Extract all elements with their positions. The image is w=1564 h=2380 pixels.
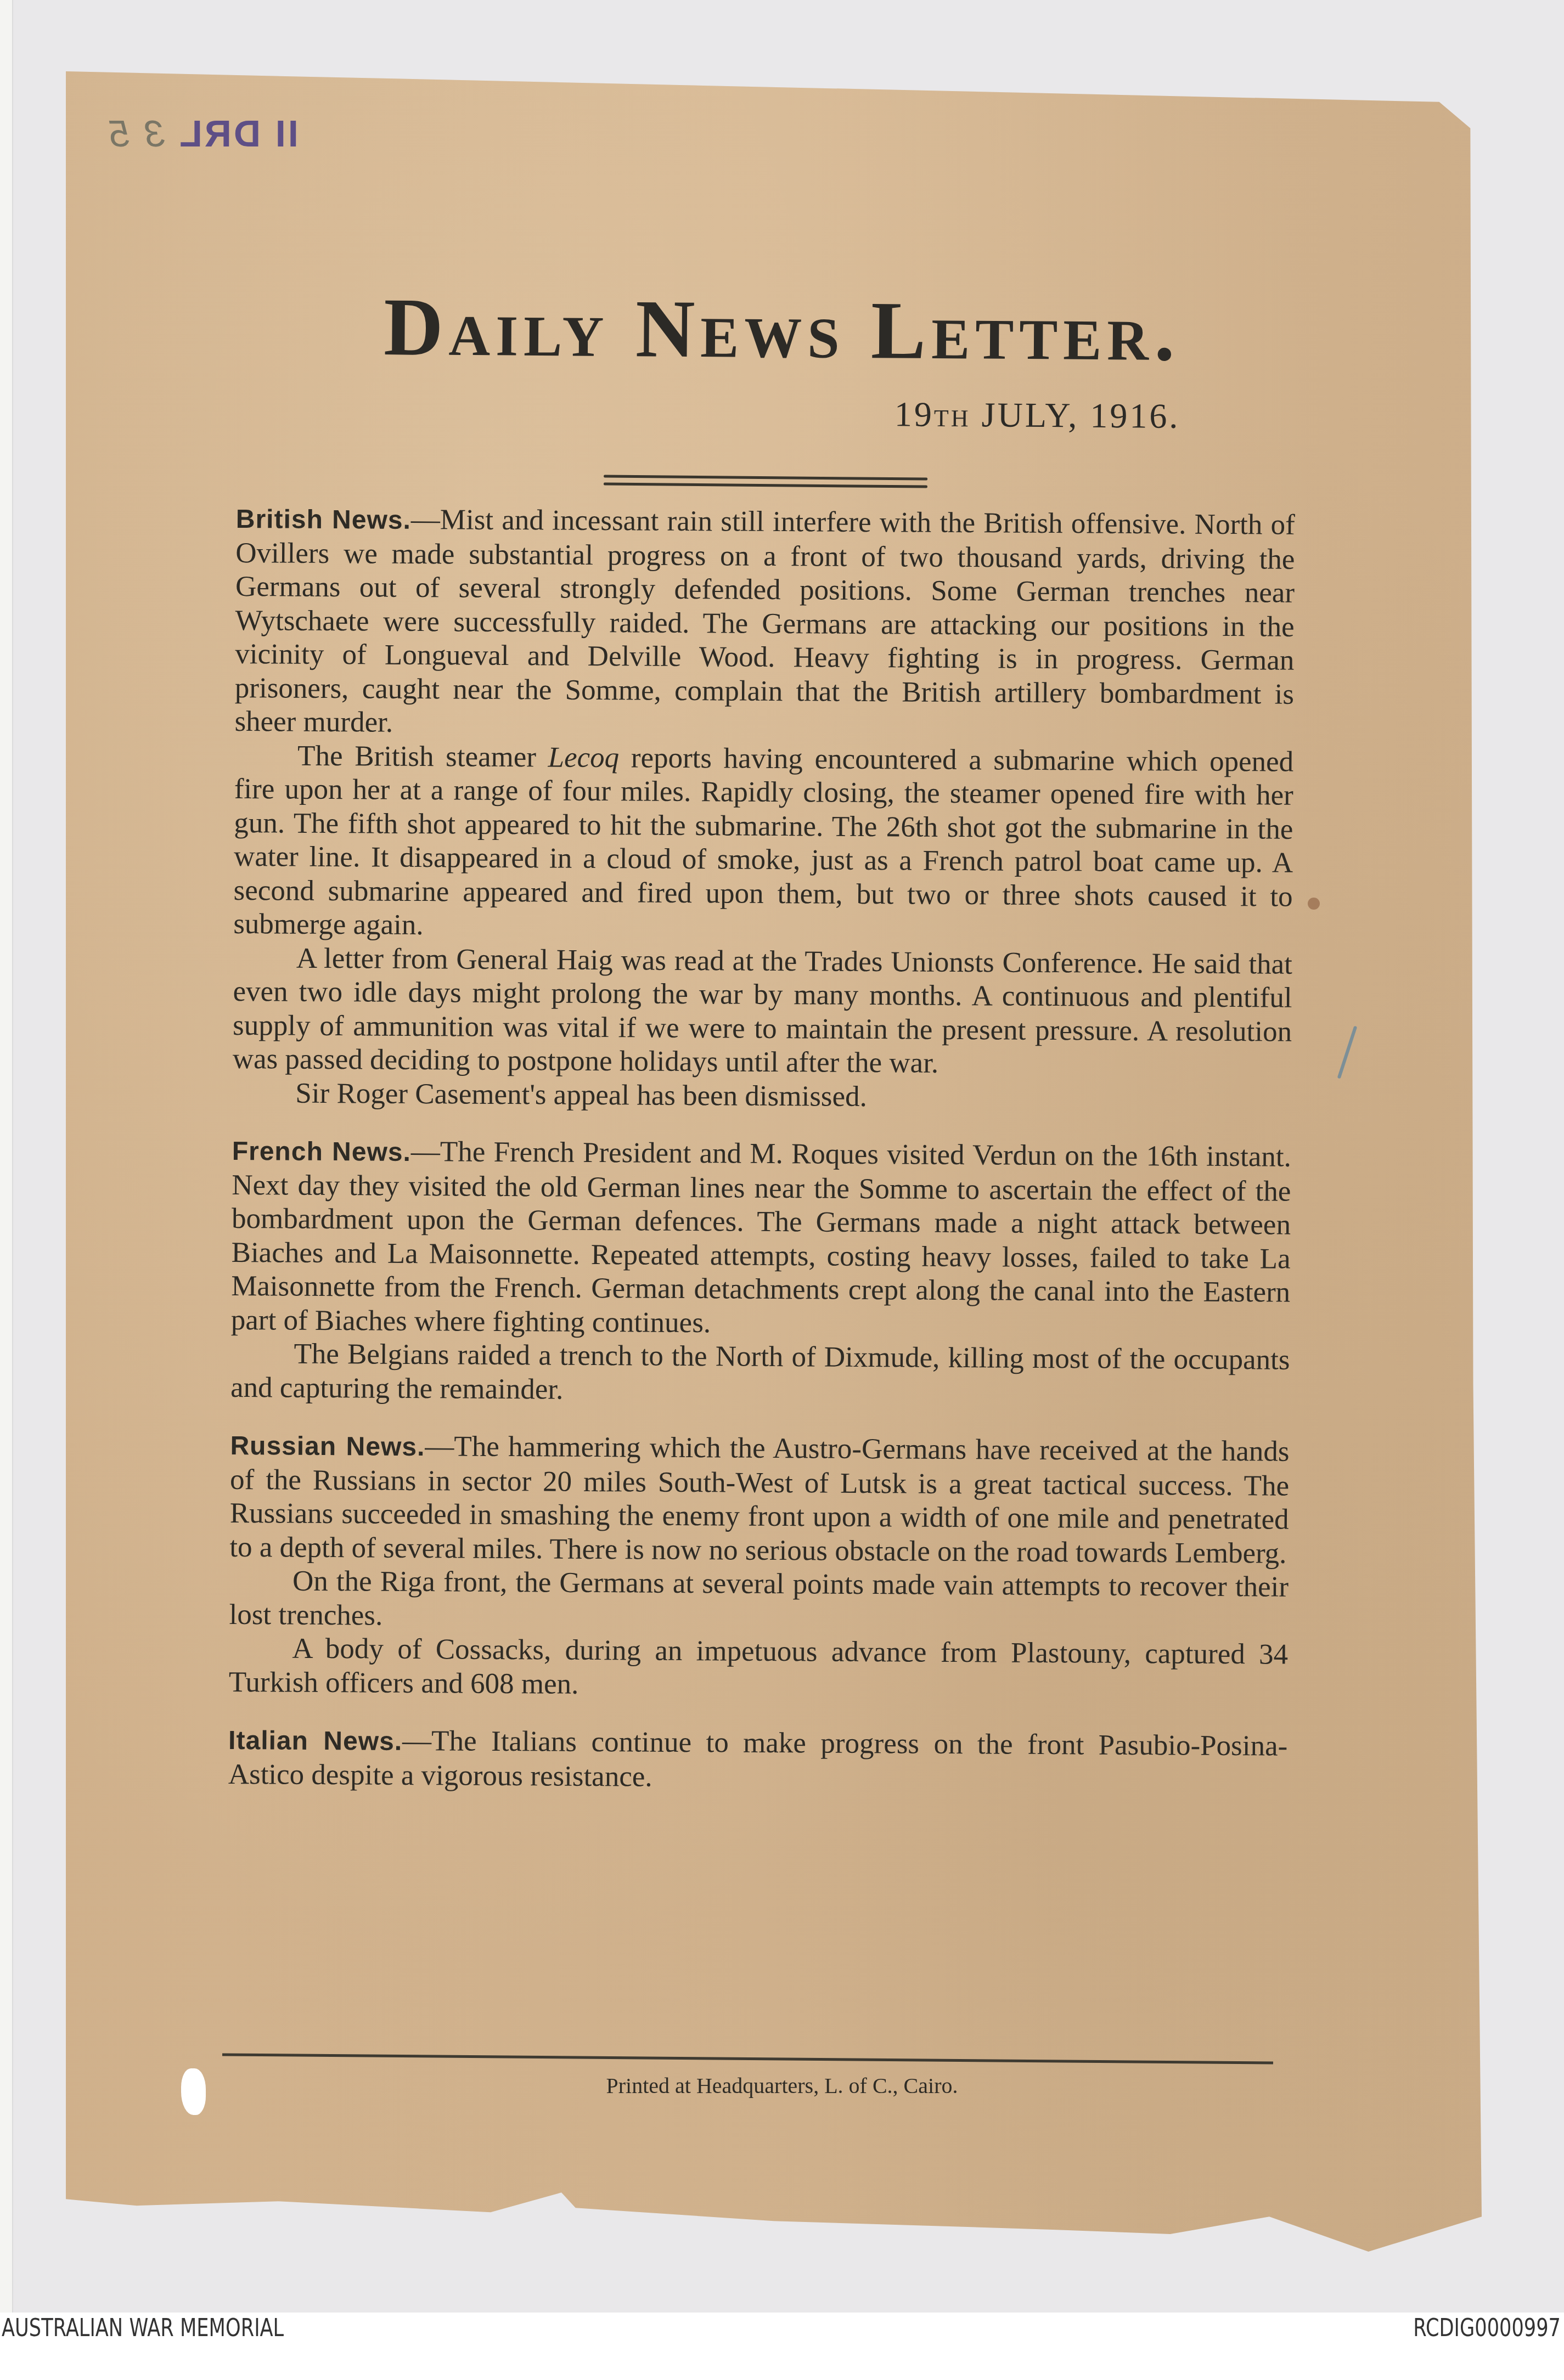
ship-name: Lecoq (548, 741, 620, 774)
section-heading: French News. (232, 1137, 411, 1167)
date-rest: JULY, 1916. (970, 395, 1180, 436)
paragraph: The Belgians raided a trench to the Nort… (230, 1337, 1290, 1411)
date-suffix: TH (934, 405, 971, 432)
stain-mark (1308, 898, 1320, 910)
stamp-roman: II (273, 113, 299, 155)
section-british-news: British News.—Mist and incessant rain st… (232, 502, 1295, 1116)
stamp-number: 3 5 (107, 113, 166, 155)
issue-date: 19TH JULY, 1916. (894, 394, 1180, 437)
paragraph-text: The British steamer (297, 740, 548, 773)
section-russian-news: Russian News.—The hammering which the Au… (229, 1429, 1290, 1706)
section-italian-news: Italian News.—The Italians continue to m… (228, 1723, 1288, 1798)
accession-stamp: II DRL 3 5 (107, 112, 299, 155)
section-heading: British News. (236, 505, 411, 535)
paragraph-text: —Mist and incessant rain still interfere… (234, 504, 1295, 738)
date-day: 19 (894, 394, 934, 434)
news-body: British News.—Mist and incessant rain st… (228, 502, 1295, 1798)
paragraph: A letter from General Haig was read at t… (233, 941, 1292, 1082)
paragraph: A body of Cossacks, during an impetuous … (229, 1632, 1289, 1706)
section-french-news: French News.—The French President and M.… (230, 1134, 1291, 1411)
paragraph: Italian News.—The Italians continue to m… (228, 1723, 1288, 1798)
paragraph: British News.—Mist and incessant rain st… (234, 502, 1295, 745)
masthead-title: Daily News Letter. (0, 277, 1564, 382)
section-heading: Russian News. (230, 1431, 425, 1462)
archive-institution: AUSTRALIAN WAR MEMORIAL (2, 2314, 284, 2342)
stamp-prefix: DRL (178, 113, 261, 155)
paragraph: The British steamer Lecoq reports having… (233, 738, 1293, 948)
masthead-double-rule (604, 475, 927, 493)
printer-imprint: Printed at Headquarters, L. of C., Cairo… (0, 2073, 1564, 2099)
section-heading: Italian News. (228, 1726, 402, 1756)
paragraph: On the Riga front, the Germans at severa… (229, 1564, 1289, 1638)
paragraph: Russian News.—The hammering which the Au… (229, 1429, 1289, 1571)
archive-item-id: RCDIG0000997 (1413, 2314, 1561, 2342)
paragraph: French News.—The French President and M.… (231, 1134, 1291, 1344)
paragraph: Sir Roger Casement's appeal has been dis… (232, 1076, 1291, 1116)
